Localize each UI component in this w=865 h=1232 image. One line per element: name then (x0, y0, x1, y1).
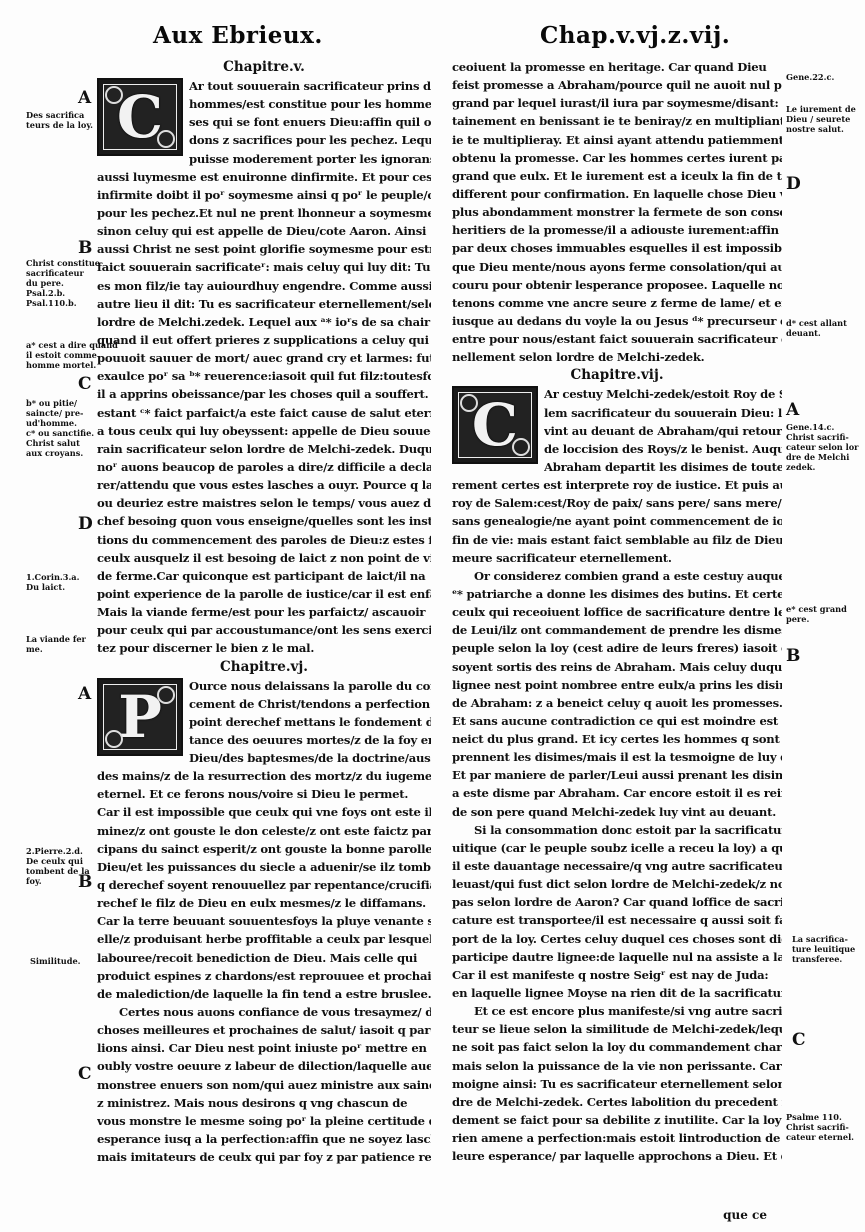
text-line: esperance iusq a la perfection:affin que… (97, 1130, 431, 1148)
chapter-7-lines: Ar cestuy Melchi-zedek/estoit Roy de Sa-… (452, 385, 782, 1165)
text-line: oubly vostre oeuure z labeur de dilectio… (97, 1057, 431, 1075)
text-line: obtenu la promesse. Car les hommes certe… (452, 149, 782, 167)
text-line: monstree enuers son nom/qui auez ministr… (97, 1076, 431, 1094)
running-head-right: Chap.v.vj.z.vij. (540, 22, 730, 49)
text-line: Et par maniere de parler/Leui aussi pren… (452, 766, 782, 784)
margin-section-letter: B (786, 646, 800, 666)
text-line: heritiers de la promesse/il a adiouste i… (452, 221, 782, 239)
text-line: soyent sortis des reins de Abraham. Mais… (452, 658, 782, 676)
margin-note: b* ou pitie/ saincte/ pre- ud'homme. c* … (26, 398, 94, 458)
margin-section-letter: A (78, 88, 91, 108)
text-line: Ource nous delaissans la parolle du comm… (189, 677, 431, 695)
text-line: pas selon lordre de Aaron? Car quand lof… (452, 893, 782, 911)
text-line: prennent les disimes/mais il est la tesm… (452, 748, 782, 766)
text-line: sans genealogie/ne ayant point commencem… (452, 512, 782, 530)
text-line: ceulx ausquelz il est besoing de laict z… (97, 549, 431, 567)
decorated-initial-p-icon: P (97, 678, 183, 756)
text-line: point derechef mettans le fondement de r… (189, 713, 431, 731)
text-line: minez/z ont gouste le don celeste/z ont … (97, 822, 431, 840)
text-line: Abraham departit les disimes de toutes c… (544, 458, 782, 476)
text-line: il a apprins obeissance/par les choses q… (97, 385, 431, 403)
margin-section-letter: D (78, 514, 93, 534)
text-line: dre de Melchi-zedek. Certes labolition d… (452, 1093, 782, 1111)
text-line: aussi Christ ne sest point glorifie soym… (97, 240, 431, 258)
margin-section-letter: B (78, 238, 92, 258)
text-line: exaulce poʳ sa ᵇ* reuerence:iasoit quil … (97, 367, 431, 385)
text-line: teur se lieue selon la similitude de Mel… (452, 1020, 782, 1038)
text-line: vint au deuant de Abraham/qui retournoit (544, 422, 782, 440)
decorated-initial-c-icon: C (97, 78, 183, 156)
text-line: feist promesse a Abraham/pource quil ne … (452, 76, 782, 94)
text-line: Ar cestuy Melchi-zedek/estoit Roy de Sa- (544, 385, 782, 403)
text-line: lignee nest point nombree entre eulx/a p… (452, 676, 782, 694)
text-line: uitique (car le peuple soubz icelle a re… (452, 839, 782, 857)
margin-section-letter: C (78, 1064, 92, 1084)
text-line: infirmite doibt il poʳ soymesme ainsi q … (97, 186, 431, 204)
margin-note: Gene.22.c. (786, 72, 834, 82)
text-line: dement se faict pour sa debilite z inuti… (452, 1111, 782, 1129)
text-line: produict espines z chardons/est reprouue… (97, 967, 431, 985)
text-line: port de la loy. Certes celuy duquel ces … (452, 930, 782, 948)
text-line: q derechef soyent renouuellez par repent… (97, 876, 431, 894)
text-line: leure esperance/ par laquelle approchons… (452, 1147, 782, 1165)
text-line: Dieu/des baptesmes/de la doctrine/aussi … (189, 749, 431, 767)
text-line: chef besoing quon vous enseigne/quelles … (97, 512, 431, 530)
catchword: que ce (723, 1208, 767, 1222)
margin-section-letter: C (792, 1030, 806, 1050)
text-line: autre lieu il dit: Tu es sacrificateur e… (97, 295, 431, 313)
text-line: rain sacrificateur selon lordre de Melch… (97, 440, 431, 458)
chapter-6-body: P Ource nous delaissans la parolle du co… (97, 677, 431, 1167)
margin-note: Des sacrifica teurs de la loy. (26, 110, 93, 130)
text-line: noʳ auons beaucop de paroles a dire/z di… (97, 458, 431, 476)
chapter-5-lines: Ar tout souuerain sacrificateur prins de… (97, 77, 431, 658)
text-line: Certes nous auons confiance de vous tres… (97, 1003, 431, 1021)
text-line: estant ᶜ* faict parfaict/a este faict ca… (97, 404, 431, 422)
text-line: mais imitateurs de ceulx qui par foy z p… (97, 1148, 431, 1166)
text-line: moigne ainsi: Tu es sacrificateur eterne… (452, 1075, 782, 1093)
text-line: quand il eut offert prieres z supplicati… (97, 331, 431, 349)
text-line: rechef le filz de Dieu en eulx mesmes/z … (97, 894, 431, 912)
text-line: que Dieu mente/nous ayons ferme consolat… (452, 258, 782, 276)
margin-note: Similitude. (30, 956, 81, 966)
chapter-7-body: C Ar cestuy Melchi-zedek/estoit Roy de S… (452, 385, 782, 1165)
chapter-6-heading: Chapitre.vj. (97, 658, 431, 677)
text-line: rien amene a perfection:mais estoit lint… (452, 1129, 782, 1147)
text-line: tez pour discerner le bien z le mal. (97, 639, 431, 657)
text-line: meure sacrificateur eternellement. (452, 549, 782, 567)
text-line: lem sacrificateur du souuerain Dieu: leq… (544, 404, 782, 422)
text-line: participe dautre lignee:de laquelle nul … (452, 948, 782, 966)
text-line: de Abraham: z a beneict celuy q auoit le… (452, 694, 782, 712)
text-line: aussi luymesme est enuironne dinfirmite.… (97, 168, 431, 186)
text-line: ᵉ* patriarche a donne les disimes des bu… (452, 585, 782, 603)
text-line: pour les pechez.Et nul ne prent lhonneur… (97, 204, 431, 222)
text-line: entre pour nous/estant faict souuerain s… (452, 330, 782, 348)
text-line: Dieu/et les puissances du siecle a aduen… (97, 858, 431, 876)
text-line: puisse moderement porter les ignorans z … (189, 150, 431, 168)
margin-note: La viande fer me. (26, 634, 86, 654)
left-text-column: Chapitre.v. C Ar tout souuerain sacrific… (97, 58, 431, 1166)
chapter-5-heading: Chapitre.v. (97, 58, 431, 77)
chapter-6-continued-lines: ceoiuent la promesse en heritage. Car qu… (452, 58, 782, 366)
text-line: leuast/qui fust dict selon lordre de Mel… (452, 875, 782, 893)
text-line: fin de vie: mais estant faict semblable … (452, 531, 782, 549)
text-line: de ferme.Car quiconque est participant d… (97, 567, 431, 585)
text-line: de son pere quand Melchi-zedek luy vint … (452, 803, 782, 821)
text-line: grand par lequel iurast/il iura par soym… (452, 94, 782, 112)
margin-note: Psalme 110. Christ sacrifi- cateur etern… (786, 1112, 854, 1142)
text-line: Mais la viande ferme/est pour les parfai… (97, 603, 431, 621)
text-line: faict souuerain sacrificateʳ: mais celuy… (97, 258, 431, 276)
text-line: tainement en benissant ie te beniray/z e… (452, 112, 782, 130)
text-line: sinon celuy qui est appelle de Dieu/cote… (97, 222, 431, 240)
text-line: mais selon la puissance de la vie non pe… (452, 1057, 782, 1075)
text-line: couru pour obtenir lesperance proposee. … (452, 276, 782, 294)
text-line: plus abondamment monstrer la fermete de … (452, 203, 782, 221)
text-line: Car il est manifeste q nostre Seigʳ est … (452, 966, 782, 984)
text-line: Car il est impossible que ceulx qui vne … (97, 803, 431, 821)
text-line: different pour confirmation. En laquelle… (452, 185, 782, 203)
text-line: elle/z produisant herbe proffitable a ce… (97, 930, 431, 948)
text-line: eternel. Et ce ferons nous/voire si Dieu… (97, 785, 431, 803)
text-line: cement de Christ/tendons a perfection: n… (189, 695, 431, 713)
margin-note: Gene.14.c. Christ sacrifi- cateur selon … (786, 422, 858, 472)
text-line: point experience de la parolle de iustic… (97, 585, 431, 603)
margin-note: a* cest a dire quand il estoit comme hom… (26, 340, 118, 370)
text-line: ses qui se font enuers Dieu:affin quil o… (189, 113, 431, 131)
margin-note: Christ constitue sacrificateur du pere. … (26, 258, 100, 308)
text-line: il este dauantage necessaire/q vng autre… (452, 857, 782, 875)
text-line: Et ce est encore plus manifeste/si vng a… (452, 1002, 782, 1020)
text-line: pouuoit sauuer de mort/ auec grand cry e… (97, 349, 431, 367)
text-line: ceulx qui receoiuent loffice de sacrific… (452, 603, 782, 621)
margin-section-letter: A (786, 400, 799, 420)
running-head-left: Aux Ebrieux. (153, 22, 323, 49)
text-line: ie te multiplieray. Et ainsi ayant atten… (452, 131, 782, 149)
right-text-column: ceoiuent la promesse en heritage. Car qu… (452, 58, 782, 1165)
text-line: es mon filz/ie tay auiourdhuy engendre. … (97, 277, 431, 295)
text-line: par deux choses immuables esquelles il e… (452, 239, 782, 257)
text-line: tance des oeuures mortes/z de la foy enu… (189, 731, 431, 749)
text-line: roy de Salem:cest/Roy de paix/ sans pere… (452, 494, 782, 512)
chapter-5-body: C Ar tout souuerain sacrificateur prins … (97, 77, 431, 658)
text-line: Or considerez combien grand a este cestu… (452, 567, 782, 585)
margin-note: 1.Corin.3.a. Du laict. (26, 572, 79, 592)
text-line: dons z sacrifices pour les pechez. Leque… (189, 131, 431, 149)
text-line: en laquelle lignee Moyse na rien dit de … (452, 984, 782, 1002)
text-line: nellement selon lordre de Melchi-zedek. (452, 348, 782, 366)
text-line: vous monstre le mesme soing poʳ la plein… (97, 1112, 431, 1130)
text-line: a este disme par Abraham. Car encore est… (452, 784, 782, 802)
margin-note: Le iurement de Dieu / seurete nostre sal… (786, 104, 856, 134)
text-line: cature est transportee/il est necessaire… (452, 911, 782, 929)
text-line: de Leui/ilz ont commandement de prendre … (452, 621, 782, 639)
decorated-initial-c-icon: C (452, 386, 538, 464)
text-line: peuple selon la loy (cest adire de leurs… (452, 639, 782, 657)
text-line: z ministrez. Mais nous desirons q vng ch… (97, 1094, 431, 1112)
text-line: des mains/z de la resurrection des mortz… (97, 767, 431, 785)
text-line: Ar tout souuerain sacrificateur prins de… (189, 77, 431, 95)
text-line: Car la terre beuuant souuentesfoys la pl… (97, 912, 431, 930)
text-line: Et sans aucune contradiction ce qui est … (452, 712, 782, 730)
margin-section-letter: D (786, 174, 801, 194)
margin-note: La sacrifica- ture leuitique transferee. (792, 934, 855, 964)
margin-note: 2.Pierre.2.d. De ceulx qui tombent de la… (26, 846, 90, 886)
text-line: ou deuriez estre maistres selon le temps… (97, 494, 431, 512)
margin-section-letter: A (78, 684, 91, 704)
margin-note: d* cest allant deuant. (786, 318, 847, 338)
text-line: grand que eulx. Et le iurement est a ice… (452, 167, 782, 185)
text-line: Si la consommation donc estoit par la sa… (452, 821, 782, 839)
text-line: cipans du sainct esperit/z ont gouste la… (97, 840, 431, 858)
text-line: rer/attendu que vous estes lasches a ouy… (97, 476, 431, 494)
text-line: tenons comme vne ancre seure z ferme de … (452, 294, 782, 312)
chapter-7-heading: Chapitre.vij. (452, 366, 782, 385)
text-line: a tous ceulx qui luy obeyssent: appelle … (97, 422, 431, 440)
text-line: labouree/recoit benediction de Dieu. Mai… (97, 949, 431, 967)
text-line: lordre de Melchi.zedek. Lequel aux ᵃ* io… (97, 313, 431, 331)
text-line: iusque au dedans du voyle la ou Jesus ᵈ*… (452, 312, 782, 330)
text-line: lions ainsi. Car Dieu nest point iniuste… (97, 1039, 431, 1057)
text-line: hommes/est constitue pour les hommes aux… (189, 95, 431, 113)
text-line: de loccision des Roys/z le benist. Auque… (544, 440, 782, 458)
text-line: de malediction/de laquelle la fin tend a… (97, 985, 431, 1003)
book-page: Aux Ebrieux. Chap.v.vj.z.vij. Chapitre.v… (0, 0, 865, 1232)
text-line: neict du plus grand. Et icy certes les h… (452, 730, 782, 748)
text-line: ne soit pas faict selon la loy du comman… (452, 1038, 782, 1056)
text-line: pour ceulx qui par accoustumance/ont les… (97, 621, 431, 639)
text-line: rement certes est interprete roy de iust… (452, 476, 782, 494)
margin-note: e* cest grand pere. (786, 604, 847, 624)
margin-section-letter: C (78, 374, 92, 394)
text-line: tions du commencement des paroles de Die… (97, 531, 431, 549)
text-line: choses meilleures et prochaines de salut… (97, 1021, 431, 1039)
text-line: ceoiuent la promesse en heritage. Car qu… (452, 58, 782, 76)
